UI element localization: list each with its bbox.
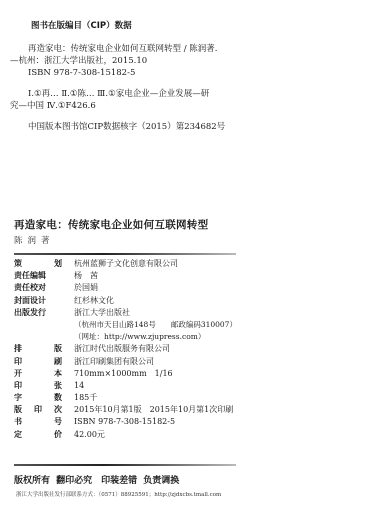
info-row: 排版浙江时代出版服务有限公司: [14, 343, 237, 355]
info-value: 185千: [74, 392, 97, 404]
info-label: 封面设计: [14, 295, 62, 307]
info-value: （杭州市天目山路148号 邮政编码310007）: [74, 319, 237, 331]
info-value: 2015年10月第1版 2015年10月第1次印刷: [74, 404, 233, 416]
info-value: 杨 茜: [74, 270, 98, 282]
publisher-contact: 浙江大学出版社发行部联系方式：（0571）88925591；http://zjd…: [16, 490, 221, 498]
divider-top: [14, 253, 236, 255]
info-label-part: 定: [14, 429, 22, 441]
info-label-part: 印: [34, 404, 42, 416]
info-row: 责任编辑杨 茜: [14, 270, 237, 282]
info-row: 印张14: [14, 380, 237, 392]
info-label-part: 书: [14, 416, 22, 428]
info-label-part: 责任校对: [14, 282, 46, 294]
info-value: 浙江时代出版服务有限公司: [74, 343, 170, 355]
cip-line-6: 中国版本图书馆CIP数据核字（2015）第234682号: [28, 121, 225, 133]
info-label-part: 出版发行: [14, 307, 46, 319]
info-label: 责任校对: [14, 282, 62, 294]
cip-line-3: ISBN 978-7-308-15182-5: [28, 67, 135, 79]
info-row: 策划杭州蓝狮子文化创意有限公司: [14, 258, 237, 270]
info-row: （杭州市天目山路148号 邮政编码310007）: [14, 319, 237, 331]
info-value: 杭州蓝狮子文化创意有限公司: [74, 258, 178, 270]
info-label: 印刷: [14, 356, 62, 368]
info-label-part: 版: [54, 343, 62, 355]
info-label-part: 数: [54, 392, 62, 404]
info-value: 浙江大学出版社: [74, 307, 130, 319]
info-label-part: 开: [14, 368, 22, 380]
info-value: 红杉林文化: [74, 295, 114, 307]
info-value: 710mm×1000mm 1/16: [74, 368, 173, 380]
info-label: 排版: [14, 343, 62, 355]
info-label-part: 张: [54, 380, 62, 392]
cip-line-1: 再造家电：传统家电企业如何互联网转型 / 陈润著.: [28, 43, 217, 55]
info-label-part: 价: [54, 429, 62, 441]
info-label-part: 刷: [54, 356, 62, 368]
info-label-part: 排: [14, 343, 22, 355]
info-label-part: 责任编辑: [14, 270, 46, 282]
info-row: 字数185千: [14, 392, 237, 404]
info-label-part: 版: [14, 404, 22, 416]
info-row: （网址：http://www.zjupress.com）: [14, 331, 237, 343]
cip-line-2: —杭州：浙江大学出版社，2015.10: [10, 55, 147, 67]
info-row: 版印次2015年10月第1版 2015年10月第1次印刷: [14, 404, 237, 416]
info-label-part: 划: [54, 258, 62, 270]
cip-heading: 图书在版编目（CIP）数据: [31, 19, 132, 31]
info-row: 封面设计红杉林文化: [14, 295, 237, 307]
info-value: 於国娟: [74, 282, 98, 294]
info-label: 书号: [14, 416, 62, 428]
info-row: 开本710mm×1000mm 1/16: [14, 368, 237, 380]
publication-info: 策划杭州蓝狮子文化创意有限公司责任编辑杨 茜责任校对於国娟封面设计红杉林文化出版…: [14, 258, 237, 441]
book-title: 再造家电：传统家电企业如何互联网转型: [14, 217, 208, 232]
book-author: 陈润著: [14, 234, 55, 246]
info-label-part: 印: [14, 356, 22, 368]
info-label: 出版发行: [14, 307, 62, 319]
cip-line-4: Ⅰ.①再… Ⅱ.①陈… Ⅲ.①家电企业—企业发展—研: [28, 88, 209, 100]
info-label: 字数: [14, 392, 62, 404]
info-row: 责任校对於国娟: [14, 282, 237, 294]
info-label: 责任编辑: [14, 270, 62, 282]
info-label-part: 次: [54, 404, 62, 416]
info-row: 定价42.00元: [14, 429, 237, 441]
info-value: （网址：http://www.zjupress.com）: [74, 331, 205, 343]
info-label-part: 封面设计: [14, 295, 46, 307]
info-label: 版印次: [14, 404, 62, 416]
info-value: 浙江印刷集团有限公司: [74, 356, 154, 368]
info-label: 开本: [14, 368, 62, 380]
info-value: 14: [74, 380, 84, 392]
info-label: 定价: [14, 429, 62, 441]
copyright-notice: 版权所有 翻印必究 印装差错 负责调换: [14, 473, 179, 486]
info-value: ISBN 978-7-308-15182-5: [74, 416, 175, 428]
divider-bottom: [14, 464, 236, 466]
info-row: 书号ISBN 978-7-308-15182-5: [14, 416, 237, 428]
info-label-part: 号: [54, 416, 62, 428]
info-label-part: 本: [54, 368, 62, 380]
info-value: 42.00元: [74, 429, 105, 441]
info-row: 印刷浙江印刷集团有限公司: [14, 356, 237, 368]
cip-line-5: 究—中国 Ⅳ.①F426.6: [10, 100, 96, 112]
info-row: 出版发行浙江大学出版社: [14, 307, 237, 319]
info-label-part: 印: [14, 380, 22, 392]
info-label-part: 策: [14, 258, 22, 270]
info-label: 策划: [14, 258, 62, 270]
info-label-part: 字: [14, 392, 22, 404]
info-label: 印张: [14, 380, 62, 392]
